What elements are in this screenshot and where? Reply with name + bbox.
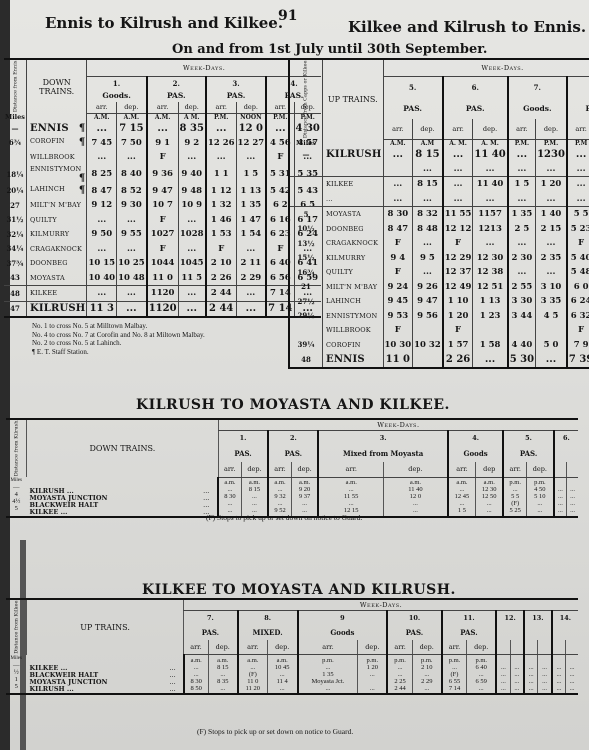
time-cell: 7 9 bbox=[567, 338, 589, 353]
time-cell: 9 40 bbox=[178, 165, 206, 184]
time-cell: 9 55 bbox=[117, 227, 147, 242]
time-cell: 12 0 bbox=[236, 121, 266, 136]
station-name: KILRUSH bbox=[26, 301, 87, 317]
dep-label: dep. bbox=[267, 640, 297, 655]
time-cell: 9 53 bbox=[383, 309, 413, 324]
time-cell: 10 40 bbox=[87, 271, 117, 286]
time-cell: 1120 bbox=[147, 286, 178, 302]
am-pm-label: NOON bbox=[236, 113, 266, 121]
train-number: 7. bbox=[508, 77, 567, 99]
station-label: KILMURRY bbox=[326, 254, 365, 262]
dep-label bbox=[567, 462, 578, 477]
time-cell: 6 0 bbox=[567, 280, 589, 295]
am-pm-label: A M. bbox=[178, 113, 206, 121]
miles-value: 15½ bbox=[289, 251, 323, 266]
arr-label: arr. bbox=[206, 102, 236, 114]
time-cell: F bbox=[567, 323, 589, 338]
time-cell: 5 48 bbox=[567, 265, 589, 280]
time-cell: 8 15 bbox=[413, 177, 443, 192]
arr-label: arr. bbox=[268, 462, 291, 477]
time-cell: ... bbox=[206, 121, 236, 136]
time-cell: 1 40 bbox=[536, 207, 567, 222]
station-label: CRAGAKNOCK bbox=[326, 239, 378, 247]
time-cell: 10 30 bbox=[383, 338, 413, 353]
footnote: (F) Stops to pick up or set down on noti… bbox=[206, 513, 362, 522]
miles-value bbox=[289, 162, 323, 177]
station-name: ENNIS¶ bbox=[26, 121, 87, 136]
time-cell: 1027 bbox=[147, 227, 178, 242]
time-cell: ... ... ... ... bbox=[510, 655, 524, 695]
am-pm-label: A.M. bbox=[117, 113, 147, 121]
trains-header: DOWN TRAINS. bbox=[27, 419, 219, 477]
miles-label: Miles bbox=[7, 655, 26, 662]
staff-station-mark: ¶ bbox=[79, 173, 86, 184]
train-number: 1. bbox=[87, 77, 147, 90]
time-cell: 5 40 bbox=[567, 251, 589, 266]
time-cell: ... bbox=[87, 242, 117, 257]
dep-label: dep. bbox=[117, 102, 147, 114]
table-row: 29½ENNISTYMON9 539 561 201 233 444 56 32… bbox=[289, 309, 589, 324]
time-cell: 9 50 bbox=[87, 227, 117, 242]
station-name: CRAGAKNOCK bbox=[323, 236, 384, 251]
table-row: —KILRUSH...8 15...11 40...1230...4 50 bbox=[289, 147, 589, 162]
kilrush-moyasta-title: KILRUSH TO MOYASTA AND KILKEE. bbox=[136, 397, 450, 413]
train-type bbox=[554, 446, 578, 462]
time-cell bbox=[383, 162, 413, 177]
train-number: 5. bbox=[503, 431, 553, 446]
table-row: WILLBROOK......F.........F... bbox=[4, 150, 321, 165]
miles-value: — bbox=[289, 147, 323, 162]
time-cell: 4 5 bbox=[536, 309, 567, 324]
time-cell: 12 38 bbox=[473, 265, 508, 280]
station-name: CRAGAKNOCK bbox=[26, 242, 87, 257]
time-cell: a.m. 8 15 ... 8 35 ... bbox=[208, 655, 237, 695]
time-cell: 9 56 bbox=[413, 309, 443, 324]
time-cell: 3 30 bbox=[508, 294, 536, 309]
table-row: 48ENNIS11 02 26...5 30...7 39... bbox=[289, 352, 589, 368]
time-cell: 1 35 bbox=[508, 207, 536, 222]
table-row: 47KILRUSH11 3...1120...2 44...7 14... bbox=[4, 301, 321, 317]
time-cell: ... bbox=[508, 265, 536, 280]
am-pm-label: A. M. bbox=[443, 139, 473, 147]
arr-label: arr. bbox=[147, 102, 178, 114]
left-title: Ennis to Kilrush and Kilkee. bbox=[45, 14, 283, 32]
table-row: 31½QUILTY......F...1 461 476 166 17 bbox=[4, 213, 321, 228]
miles-column: Miles— ½ 1 5 bbox=[6, 655, 27, 695]
station-name: DOONBEG bbox=[26, 256, 87, 271]
table-row: 43MOYASTA10 4010 4811 011 52 262 296 566… bbox=[4, 271, 321, 286]
station-label: CRAGAKNOCK bbox=[30, 245, 82, 253]
arr-label: arr. bbox=[442, 640, 467, 655]
note-4: ¶ E. T. Staff Station. bbox=[32, 348, 205, 357]
station-label: ENNISTYMON bbox=[30, 165, 81, 173]
train-type: PAS. bbox=[387, 625, 441, 640]
dots-column: ... ... ... ... bbox=[163, 655, 184, 695]
miles-value: 37¾ bbox=[4, 256, 26, 271]
time-cell bbox=[413, 323, 443, 338]
arr-label: arr. bbox=[503, 462, 526, 477]
validity-period: On and from 1st July until 30th Septembe… bbox=[172, 42, 487, 57]
train-number: 2. bbox=[268, 431, 318, 446]
train-type: PAS. bbox=[147, 89, 206, 101]
right-title: Kilkee and Kilrush to Ennis. bbox=[348, 18, 586, 36]
am-pm-label: P.M. bbox=[536, 139, 567, 147]
train-number: 3. bbox=[318, 431, 447, 446]
train-type: PAS. bbox=[206, 89, 266, 101]
station-label: ENNIS bbox=[326, 354, 365, 365]
am-pm-label: A.M. bbox=[383, 139, 413, 147]
kilrush-moyasta-table: Distance from Kilrush. DOWN TRAINS. Week… bbox=[6, 418, 578, 518]
time-cell: 1 35 bbox=[236, 198, 266, 213]
dep-label: dep. bbox=[236, 102, 266, 114]
miles-value: 47 bbox=[4, 301, 26, 317]
time-cell: 1 23 bbox=[473, 309, 508, 324]
time-cell: F bbox=[383, 236, 413, 251]
station-name: KILMURRY bbox=[26, 227, 87, 242]
train-type: Mixed from Moyasta bbox=[318, 446, 447, 462]
time-cell: 8 40 bbox=[117, 165, 147, 184]
time-cell: 10 32 bbox=[413, 338, 443, 353]
time-cell: 2 26 bbox=[206, 271, 236, 286]
time-cell: 2 5 bbox=[508, 222, 536, 237]
dep-label bbox=[538, 640, 552, 655]
time-cell: 1 46 bbox=[206, 213, 236, 228]
time-cell: ... bbox=[206, 150, 236, 165]
table-row: 13½CRAGAKNOCKF...F.........F... bbox=[289, 236, 589, 251]
train-number: 5. bbox=[383, 77, 443, 99]
time-cell: 9 47 bbox=[413, 294, 443, 309]
train-type: PAS. bbox=[503, 446, 553, 462]
time-cell: 10 7 bbox=[147, 198, 178, 213]
time-cell: ... bbox=[473, 192, 508, 207]
station-label: KILKEE bbox=[30, 289, 57, 297]
table-row: 6¾COROFIN¶7 457 509 19 212 2612 274 564 … bbox=[4, 136, 321, 151]
time-cell: 9 26 bbox=[413, 280, 443, 295]
dep-label: dep. bbox=[358, 640, 387, 655]
time-cell: a.m. 11 40 12 0 ... ... bbox=[384, 477, 448, 517]
time-cell: ... bbox=[413, 236, 443, 251]
station-name: ENNISTYMON bbox=[323, 309, 384, 324]
time-cell: 12 51 bbox=[473, 280, 508, 295]
time-cell: 1213 bbox=[473, 222, 508, 237]
arr-label: arr. bbox=[383, 119, 413, 139]
time-cell: F bbox=[147, 150, 178, 165]
time-cell: 1045 bbox=[178, 256, 206, 271]
dep-label: dep. bbox=[241, 462, 268, 477]
time-cell: a.m. ... 9 32 ... 9 52 bbox=[268, 477, 291, 517]
am-pm-label: P.M. bbox=[508, 139, 536, 147]
time-cell: 12 49 bbox=[443, 280, 473, 295]
time-cell: 1 54 bbox=[236, 227, 266, 242]
time-cell: 8 30 bbox=[383, 207, 413, 222]
time-cell: ... ... ... ... bbox=[567, 477, 578, 517]
train-type: PAS. bbox=[184, 625, 238, 640]
time-cell: p.m. ... 1 35 Moyasta Jct. ... bbox=[298, 655, 358, 695]
dep-label: dep. bbox=[384, 462, 448, 477]
distance-header: Distance from Ennis. bbox=[4, 59, 26, 113]
miles-label: Miles bbox=[4, 113, 26, 121]
note-2: No. 4 to cross No. 7 at Corofin and No. … bbox=[32, 331, 205, 340]
train-type: PAS. bbox=[443, 99, 508, 120]
time-cell: 8 25 bbox=[87, 165, 117, 184]
miles-label: Miles bbox=[289, 139, 323, 147]
time-cell: ... bbox=[536, 162, 567, 177]
miles-value: 27 bbox=[4, 198, 26, 213]
train-number: 13. bbox=[524, 611, 552, 625]
train-number: 2. bbox=[147, 77, 206, 90]
weekdays-header: Week-Days. bbox=[184, 599, 578, 611]
miles-value bbox=[289, 192, 323, 207]
train-type: PAS. bbox=[567, 99, 589, 120]
time-cell: 9 36 bbox=[147, 165, 178, 184]
time-cell: a.m. ... 8 30 ... ... bbox=[218, 477, 241, 517]
time-cell: 9 30 bbox=[117, 198, 147, 213]
time-cell: 5 5 bbox=[567, 207, 589, 222]
station-name: LAHINCH bbox=[323, 294, 384, 309]
station-label: QUILTY bbox=[326, 268, 353, 276]
time-cell: 8 35 bbox=[178, 121, 206, 136]
train-type: PAS. bbox=[442, 625, 496, 640]
time-cell bbox=[536, 323, 567, 338]
dep-label: dep. bbox=[291, 462, 318, 477]
time-cell: a.m. ... ... 8 30 8 50 bbox=[184, 655, 209, 695]
time-cell: 10 9 bbox=[178, 198, 206, 213]
page-number: 91 bbox=[278, 8, 297, 24]
time-cell: F bbox=[147, 242, 178, 257]
time-cell: 2 55 bbox=[508, 280, 536, 295]
station-label: MILT'N M'BAY bbox=[30, 201, 81, 209]
station-name: KILMURRY bbox=[323, 251, 384, 266]
time-cell: ... bbox=[117, 286, 147, 302]
train-number: 7. bbox=[184, 611, 238, 625]
station-name: WILLBROOK bbox=[323, 323, 384, 338]
station-name: MILT'N M'BAY bbox=[323, 280, 384, 295]
time-cell: ... bbox=[383, 177, 413, 192]
station-label: MILT'N M'BAY bbox=[326, 283, 377, 291]
station-name: KILKEE bbox=[323, 177, 384, 192]
time-cell: 9 4 bbox=[383, 251, 413, 266]
table-row: WILLBROOKFFF bbox=[289, 323, 589, 338]
miles-value: 43 bbox=[4, 271, 26, 286]
time-cell: ... bbox=[536, 192, 567, 207]
time-cell: 8 47 bbox=[383, 222, 413, 237]
miles-value: 21 bbox=[289, 280, 323, 295]
table-row: 34¼CRAGAKNOCK......F...F...F... bbox=[4, 242, 321, 257]
station-label: COROFIN bbox=[30, 137, 65, 145]
station-label: KILRUSH bbox=[326, 149, 382, 160]
time-cell: 1157 bbox=[473, 207, 508, 222]
station-label: MOYASTA bbox=[30, 274, 65, 282]
train-type bbox=[496, 625, 524, 640]
time-cell: 9 48 bbox=[178, 184, 206, 199]
station-name: ENNISTYMON¶ bbox=[26, 165, 87, 184]
time-cell: 11 0 bbox=[383, 352, 413, 368]
time-cell: ... bbox=[567, 147, 589, 162]
table-row: —ENNIS¶...7 15...8 35...12 0...4 30 bbox=[4, 121, 321, 136]
time-cell: ... ... ... ... bbox=[538, 655, 552, 695]
time-cell: F bbox=[567, 236, 589, 251]
time-cell: ... bbox=[443, 147, 473, 162]
time-cell: 1 1 bbox=[206, 165, 236, 184]
station-label: ENNISTYMON bbox=[326, 312, 377, 320]
time-cell: 2 26 bbox=[443, 352, 473, 368]
table-row: 18¼ENNISTYMON¶8 258 409 369 401 11 55 31… bbox=[4, 165, 321, 184]
time-cell: 12 12 bbox=[443, 222, 473, 237]
time-cell: 1 58 bbox=[473, 338, 508, 353]
dep-label: dep. bbox=[412, 640, 441, 655]
station-name bbox=[323, 162, 384, 177]
time-cell: ... bbox=[236, 301, 266, 317]
time-cell: ... bbox=[473, 352, 508, 368]
arr-label: arr. bbox=[298, 640, 358, 655]
time-cell: ... bbox=[87, 213, 117, 228]
table-row: KILKEE...8 15...11 401 51 20...4 50 bbox=[289, 177, 589, 192]
time-cell: 9 24 bbox=[383, 280, 413, 295]
table-row: 37¾DOONBEG10 1510 25104410452 102 116 40… bbox=[4, 256, 321, 271]
note-1: No. 1 to cross No. 5 at Milltown Malbay. bbox=[32, 322, 205, 331]
dep-label: dep. bbox=[536, 119, 567, 139]
distance-header: Distance from Capps or Kilkee. bbox=[289, 59, 323, 139]
train-number: 11. bbox=[442, 611, 496, 625]
miles-value: 32¼ bbox=[4, 227, 26, 242]
time-cell: ... ... ... ... bbox=[566, 655, 578, 695]
time-cell: ... bbox=[443, 177, 473, 192]
am-pm-label: A.M. bbox=[147, 113, 178, 121]
time-cell: ... ... ... ... bbox=[496, 655, 510, 695]
am-pm-label: A.M. bbox=[87, 113, 117, 121]
time-cell: 9 1 bbox=[147, 136, 178, 151]
miles-label: Miles bbox=[7, 477, 26, 484]
time-cell: ... bbox=[178, 150, 206, 165]
note-3: No. 2 to cross No. 5 at Lahinch. bbox=[32, 339, 205, 348]
time-cell: ... bbox=[536, 352, 567, 368]
time-cell: 6 32 bbox=[567, 309, 589, 324]
time-cell: 1 13 bbox=[473, 294, 508, 309]
stations-column: KILRUSH ... MOYASTA JUNCTION BLACKWEIR H… bbox=[27, 477, 196, 517]
station-name: QUILTY bbox=[26, 213, 87, 228]
time-cell: 3 44 bbox=[508, 309, 536, 324]
time-cell: 8 47 bbox=[87, 184, 117, 199]
time-cell: 1044 bbox=[147, 256, 178, 271]
station-name: DOONBEG bbox=[323, 222, 384, 237]
time-cell: 12 26 bbox=[206, 136, 236, 151]
station-label: KILMURRY bbox=[30, 230, 69, 238]
arr-label: arr. bbox=[508, 119, 536, 139]
time-cell: 1230 bbox=[536, 147, 567, 162]
time-cell: 12 37 bbox=[443, 265, 473, 280]
train-number: 6. bbox=[554, 431, 578, 446]
weekdays-header: Week-Days. bbox=[383, 59, 589, 77]
train-type bbox=[524, 625, 552, 640]
time-cell: ... bbox=[117, 213, 147, 228]
time-cell: p.m. ... ... 2 25 2 44 bbox=[387, 655, 412, 695]
time-cell: 11 55 bbox=[443, 207, 473, 222]
station-name: COROFIN¶ bbox=[26, 136, 87, 151]
station-label: KILKEE bbox=[326, 180, 353, 188]
station-label: ... bbox=[326, 195, 333, 203]
station-label: COROFIN bbox=[326, 341, 361, 349]
staff-station-mark: ¶ bbox=[79, 137, 86, 148]
staff-station-mark: ¶ bbox=[79, 123, 86, 134]
train-type: Goods. bbox=[87, 89, 147, 101]
arr-label bbox=[524, 640, 538, 655]
time-cell: F bbox=[383, 323, 413, 338]
miles-value: 39¼ bbox=[289, 338, 323, 353]
dep-label bbox=[510, 640, 524, 655]
time-cell: ... ... ... ... bbox=[524, 655, 538, 695]
miles-value: 10½ bbox=[289, 222, 323, 237]
station-name: LAHINCH¶ bbox=[26, 184, 87, 199]
stations-column: KILKEE ... BLACKWEIR HALT MOYASTA JUNCTI… bbox=[27, 655, 163, 695]
trains-header: UP TRAINS. bbox=[27, 599, 184, 655]
time-cell: 9 12 bbox=[87, 198, 117, 213]
time-cell: 1028 bbox=[178, 227, 206, 242]
am-pm-label: P.M. bbox=[206, 113, 236, 121]
time-cell: F bbox=[443, 236, 473, 251]
dep-label: dep. bbox=[473, 119, 508, 139]
time-cell: ... bbox=[567, 192, 589, 207]
time-cell: ... bbox=[178, 286, 206, 302]
table-row: 5MOYASTA8 308 3211 5511571 351 405 55 8 bbox=[289, 207, 589, 222]
station-label: KILRUSH bbox=[30, 303, 86, 314]
station-label: WILLBROOK bbox=[30, 153, 75, 161]
up-trains-table: Distance from Capps or Kilkee. UP TRAINS… bbox=[288, 58, 589, 369]
station-name: KILRUSH bbox=[323, 147, 384, 162]
time-cell: ... bbox=[508, 147, 536, 162]
time-cell: 11 5 bbox=[178, 271, 206, 286]
arr-label: arr. bbox=[218, 462, 241, 477]
weekdays-header: Week-Days. bbox=[87, 59, 321, 77]
station-label: DOONBEG bbox=[326, 225, 364, 233]
time-cell: ... bbox=[473, 162, 508, 177]
time-cell: 1 57 bbox=[443, 338, 473, 353]
time-cell: 8 32 bbox=[413, 207, 443, 222]
time-cell: 11 40 bbox=[473, 147, 508, 162]
arr-label: arr. bbox=[387, 640, 412, 655]
time-cell: F bbox=[147, 213, 178, 228]
time-cell: ... bbox=[117, 301, 147, 317]
time-cell: 8 52 bbox=[117, 184, 147, 199]
time-cell: ... bbox=[413, 162, 443, 177]
time-cell: 7 39 bbox=[567, 352, 589, 368]
time-cell: a.m. ... (F) 11 0 11 20 bbox=[238, 655, 268, 695]
time-cell: 10 15 bbox=[87, 256, 117, 271]
time-cell: 1 53 bbox=[206, 227, 236, 242]
time-cell: a.m. ... 11 55 ... 12 15 bbox=[318, 477, 383, 517]
time-cell: ... bbox=[178, 301, 206, 317]
miles-value: 27½ bbox=[289, 294, 323, 309]
table-row: 10½DOONBEG8 478 4812 1212132 52 155 235 … bbox=[289, 222, 589, 237]
station-name: ENNIS bbox=[323, 352, 384, 368]
kilkee-moyasta-table: Distance from Kilkee. UP TRAINS. Week-Da… bbox=[6, 598, 578, 695]
time-cell: 7 15 bbox=[117, 121, 147, 136]
train-number: 4. bbox=[448, 431, 504, 446]
time-cell: ... bbox=[236, 286, 266, 302]
time-cell: ... bbox=[178, 213, 206, 228]
time-cell: ... bbox=[147, 121, 178, 136]
miles-value: 29½ bbox=[289, 309, 323, 324]
arr-label: arr. bbox=[443, 119, 473, 139]
table-row: 27½LAHINCH9 459 471 101 133 303 356 246 … bbox=[289, 294, 589, 309]
station-label: LAHINCH bbox=[326, 297, 361, 305]
table-row: 15½KILMURRY9 49 512 2912 302 302 355 405… bbox=[289, 251, 589, 266]
station-label: LAHINCH bbox=[30, 185, 65, 193]
trains-header: UP TRAINS. bbox=[323, 59, 384, 139]
miles-value: 13½ bbox=[289, 236, 323, 251]
arr-label bbox=[496, 640, 510, 655]
am-pm-label: A. M. bbox=[473, 139, 508, 147]
time-cell: p.m. ... (F) 6 55 7 14 bbox=[442, 655, 467, 695]
